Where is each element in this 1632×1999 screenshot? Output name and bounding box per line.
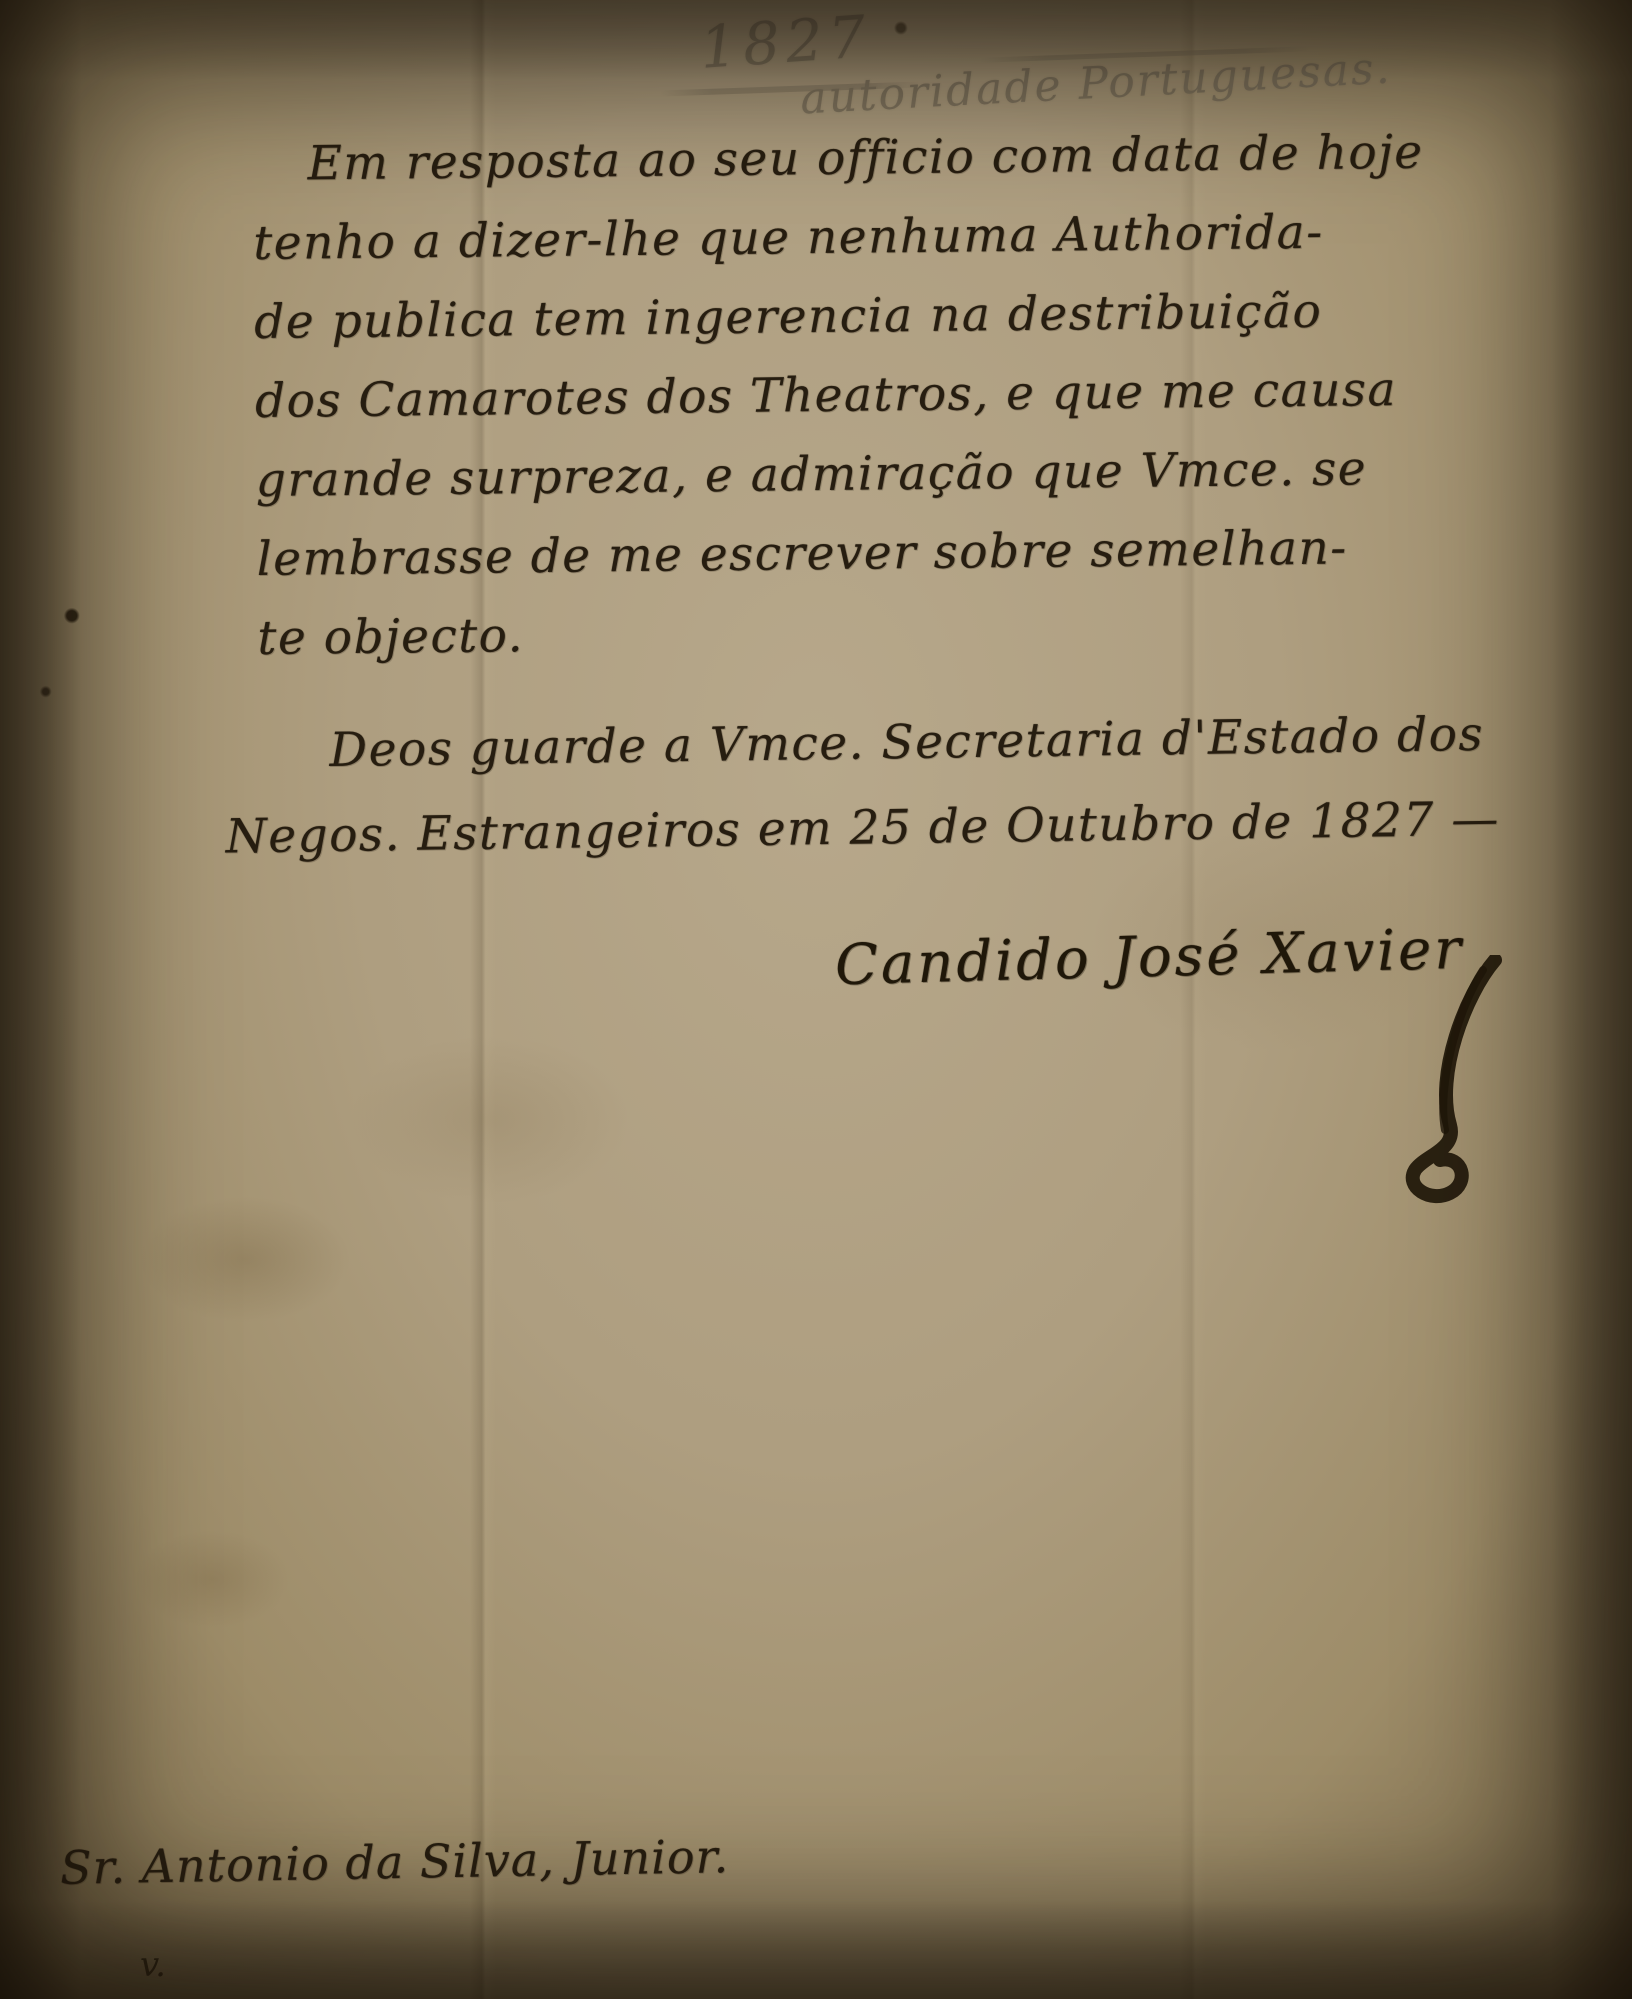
letter-closing: Deos guarde a Vmce. Secretaria d'Estado … xyxy=(224,691,1586,880)
body-line: Em resposta ao seu officio com data de h… xyxy=(252,111,1583,204)
archival-year-note: 1827 xyxy=(698,2,874,82)
body-line: tenho a dizer-lhe que nenhuma Authorida- xyxy=(253,190,1584,283)
signature-flourish-icon xyxy=(1345,955,1535,1215)
body-line: dos Camarotes dos Theatros, e que me cau… xyxy=(255,348,1586,441)
letter-body: Em resposta ao seu officio com data de h… xyxy=(252,111,1588,678)
manuscript-photo: 1827 autoridade Portuguesas. Em resposta… xyxy=(0,0,1632,1999)
body-line: de publica tem ingerencia na destribuiçã… xyxy=(254,269,1585,362)
body-line: lembrasse de me escrever sobre semelhan- xyxy=(256,506,1587,599)
page-mark: v. xyxy=(140,1945,166,1985)
body-line: grande surpreza, e admiração que Vmce. s… xyxy=(255,427,1586,520)
body-line: te objecto. xyxy=(257,585,1588,678)
